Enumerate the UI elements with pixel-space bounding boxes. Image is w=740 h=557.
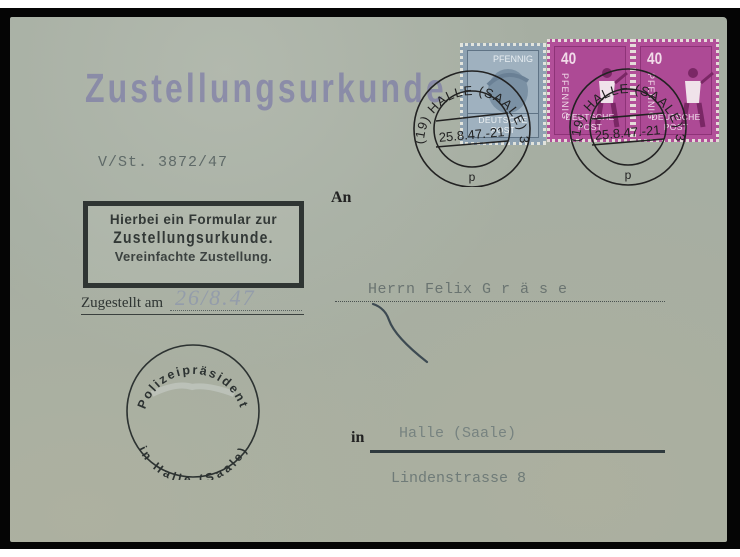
served-handwritten-date: 26/8.47 — [175, 285, 256, 311]
served-underline — [81, 314, 304, 315]
reference-number: V/St. 3872/47 — [98, 154, 228, 171]
notice-line-3: Vereinfachte Zustellung. — [88, 249, 299, 264]
in-label: in — [351, 429, 364, 447]
postmark-1-code: p — [469, 170, 476, 184]
to-label: An — [331, 189, 351, 207]
pencil-mark — [365, 302, 435, 367]
police-seal: Polizeipräsident in Halle (Saale) — [122, 342, 263, 480]
envelope: Zustellungsurkunde V/St. 3872/47 Hierbei… — [10, 17, 727, 542]
notice-line-2: Zustellungsurkunde. — [107, 228, 280, 248]
postmarks: (19) HALLE (SAALE) 3 25.8.47.-21 p (19) … — [390, 47, 727, 187]
postmark-2-code: p — [625, 168, 632, 182]
notice-box: Hierbei ein Formular zur Zustellungsurku… — [83, 201, 304, 288]
svg-text:in Halle (Saale): in Halle (Saale) — [136, 444, 250, 480]
served-label: Zugestellt am — [81, 295, 163, 312]
recipient-name: Herrn Felix G r ä s e — [368, 281, 568, 298]
served-dotted-line — [170, 310, 302, 311]
street: Lindenstrasse 8 — [391, 470, 526, 487]
seal-bottom-text: in Halle (Saale) — [136, 444, 250, 480]
notice-line-1: Hierbei ein Formular zur — [88, 212, 299, 227]
city-underline — [370, 450, 665, 453]
city: Halle (Saale) — [399, 425, 516, 442]
